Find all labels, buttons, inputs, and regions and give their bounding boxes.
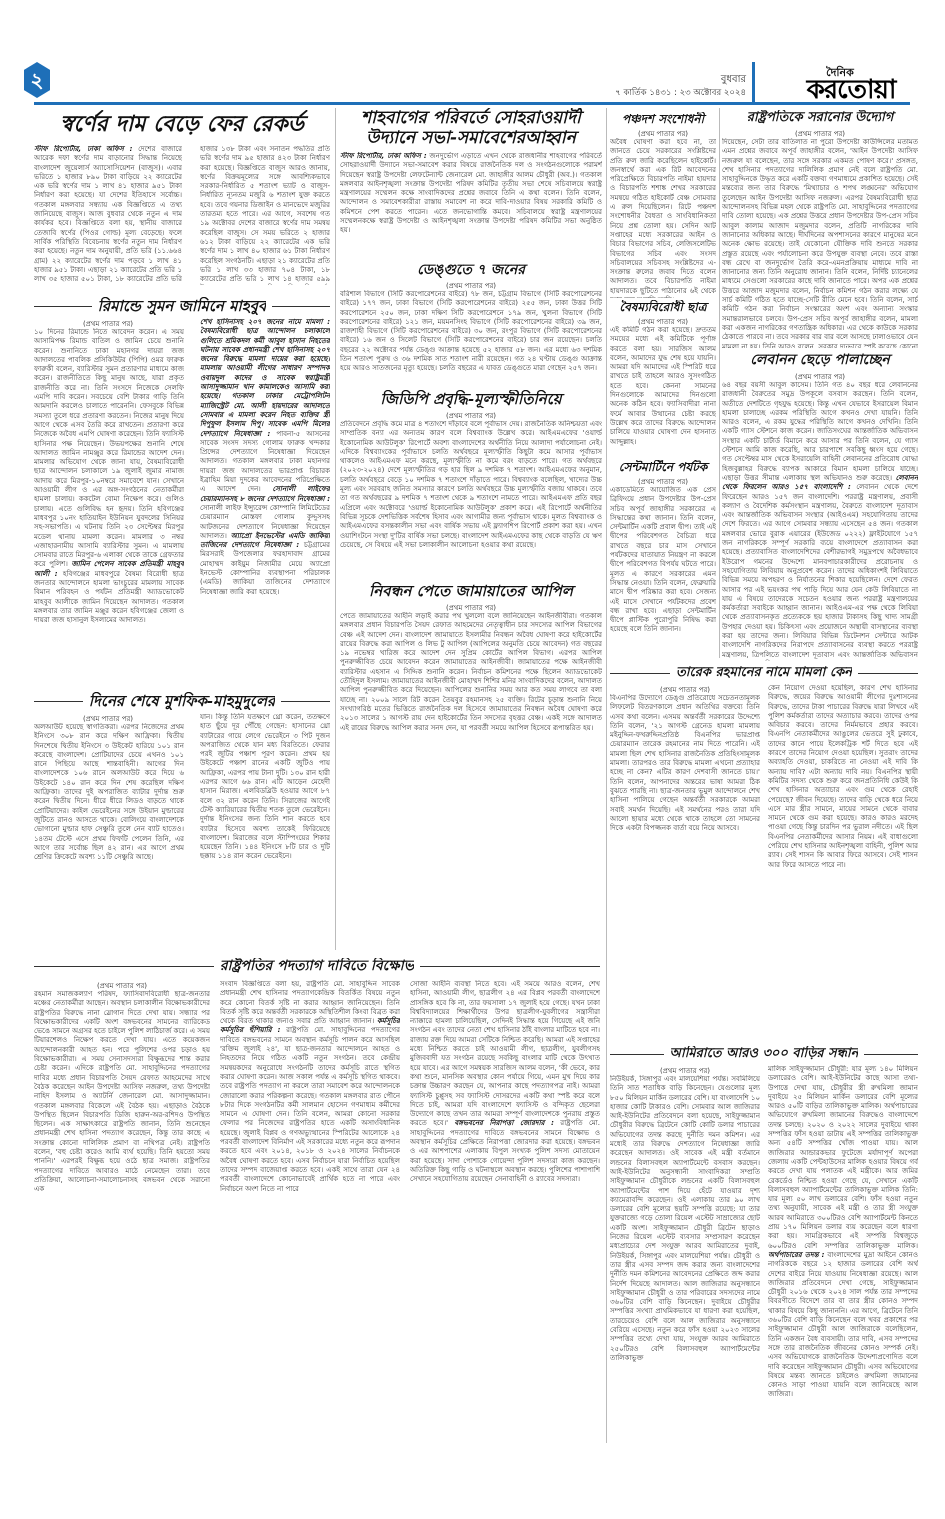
tarek-body-col1: বিএনপির উদ্যোগে ডেঙ্গু প্রতিরোধে সচেতনতা… bbox=[610, 694, 760, 1039]
gold-body-col2: হাজার ১৩৮ টাকা এবং সনাতন পদ্ধতির প্রতি ভ… bbox=[200, 145, 330, 285]
gdp-body: প্রতিবেদনে প্রবৃদ্ধি কমে মাত্র ৪ শতাংশে … bbox=[340, 420, 602, 578]
cricket-headline: দিনের শেষে মুশফিক-মাহমুদুলের bbox=[89, 692, 276, 710]
discrimination-headline: বৈষম্যবিরোধী ছাত্র bbox=[610, 300, 716, 315]
protest-text-3b: রাষ্ট্রপতি মো. সাহাবুদ্দিনের পদত্যাগের দ… bbox=[410, 1119, 600, 1183]
protest-header: রাষ্ট্রপতির পদত্যাগ দাবিতে বিক্ষোভ bbox=[34, 958, 600, 975]
lebanon-text-1: ৬৪ বছর বয়সী আবুল কাসেম। তিনি গত ৪০ বছর … bbox=[722, 381, 918, 482]
tarek-text-3: জীবন দিয়েছে। তাদের বাড়ি থেকে ধরে নিয়ে… bbox=[768, 796, 918, 869]
uae-body-col2: মালিক সাইফুজ্জামান চৌধুরী: যার মূল্য ১৪০… bbox=[768, 1065, 918, 1440]
tarek-header: তারেক রহমানের নামে মামলা কেন bbox=[610, 665, 918, 681]
remand-header: রিমান্ডে সুমন জামিনে মাহবুব bbox=[34, 297, 330, 315]
cricket-body-col2: যান। কিন্তু তিনি যতক্ষণে থ্রো করেন, ততক্… bbox=[200, 713, 330, 948]
uae-body-col1: নিউইয়র্ক, সিঙ্গাপুর এবং মালয়েশিয়া পর্… bbox=[610, 1075, 760, 1440]
president-body: দিয়েছেন, সেটা তার বাতিলাত না পুরো উপদেষ… bbox=[722, 138, 918, 348]
president-headline: রাষ্ট্রপতিকে সরানোর উদ্যোগ bbox=[722, 110, 918, 126]
lebanon-text-2: লেবানন থেকে দেশে ফিরেছেন আরও ১৫৭ জন বাংল… bbox=[722, 483, 918, 661]
discrimination-body: এই কমিটি গঠন করা হয়েছে। দ্রুততম সময়ের … bbox=[610, 326, 716, 456]
remand-text-2: শেখ হাসিনাসহ ২০৭ জনের নামে মামলা : বৈষম্… bbox=[200, 318, 330, 428]
gdp-headline: জিডিপি প্রবৃদ্ধি-মূল্যস্ফীতিনিয়ে bbox=[340, 390, 602, 408]
gold-headline: স্বর্ণের দাম বেড়ে ফের রেকর্ড bbox=[34, 110, 330, 138]
tarek-text-2: কেন নিয়োগ দেওয়া হয়েছিল, কারণ শেখ হাসি… bbox=[768, 684, 918, 804]
shahbag-headline-2: উদ্যানে সভা-সমাবেশেরআহ্বান bbox=[340, 128, 602, 148]
gold-body-col1: স্টাফ রিপোর্টার, ঢাকা অফিস : দেশের বাজার… bbox=[34, 145, 182, 285]
jamaat-headline: নিবন্ধন পেতে জামায়াতের আপিল bbox=[340, 582, 602, 600]
rule-right bbox=[858, 673, 918, 674]
top-rule bbox=[34, 102, 910, 105]
remand-body-col2: শেখ হাসিনাসহ ২০৭ জনের নামে মামলা : বৈষম্… bbox=[200, 318, 330, 683]
amendment-headline: পঞ্চদশ সংশোধনী bbox=[610, 112, 716, 127]
dengue-body: বরিশাল বিভাগে (সিটি করপোরেশনের বাইরে) ৭৮… bbox=[340, 290, 602, 386]
protest-text-2b: রাষ্ট্রপতি মো. সাহাবুদ্দিনের পদত্যাগের দ… bbox=[220, 1026, 400, 1192]
uae-subhead: অর্থপাচারের তদন্ত : bbox=[768, 1251, 824, 1259]
protest-body-col2: সংবাদ বিজ্ঞপ্তিতে বলা হয়, রাষ্ট্রপতি মো… bbox=[220, 980, 400, 1440]
protest-body-col3: সোজা আইনি ব্যবস্থা নিতে হবে। এই সময়ে আর… bbox=[410, 980, 600, 1440]
rule-right bbox=[864, 1054, 918, 1055]
paper-logo: করতোয়া bbox=[762, 76, 940, 104]
uae-text-2b: বাংলাদেশের মুদ্রা আইনে কোনও নাগরিককে বছর… bbox=[768, 1251, 918, 1398]
remand-text-2b: পাবনা-৫ আসনের সাবেক সংসদ সদস্য গোলাম ফার… bbox=[200, 430, 330, 494]
cricket-body-col1: অলআউট হয়েছে স্বাগতিকরা। এরপর নিজেদের প্… bbox=[34, 723, 184, 948]
remand-headline: রিমান্ডে সুমন জামিনে মাহবুব bbox=[98, 297, 267, 315]
column-divider bbox=[606, 108, 607, 1443]
shahbag-headline-1: শাহবাগের পরিবর্তে সোহরাওয়ার্দী bbox=[340, 108, 602, 128]
uae-text-2: মালিক সাইফুজ্জামান চৌধুরী: যার মূল্য ১৪০… bbox=[768, 1065, 918, 1250]
protest-subhead-2: বঙ্গভবনের নিরাপত্তা জোরদার : bbox=[454, 1119, 553, 1127]
cricket-header: দিনের শেষে মুশফিক-মাহমুদুলের bbox=[34, 692, 330, 710]
protest-text-2: সংবাদ বিজ্ঞপ্তিতে বলা হয়, রাষ্ট্রপতি মো… bbox=[220, 980, 400, 1025]
rule-left bbox=[34, 701, 83, 702]
shahbag-text: জনদুর্ভোগ এড়াতে এখন থেকে রাজধানীর শাহবা… bbox=[340, 152, 602, 234]
column-divider bbox=[719, 108, 720, 658]
protest-headline: রাষ্ট্রপতির পদত্যাগ দাবিতে বিক্ষোভ bbox=[220, 958, 414, 975]
gold-byline: স্টাফ রিপোর্টার, ঢাকা অফিস : bbox=[34, 145, 132, 153]
remand-body-col1: ১০ দিনের রিমান্ডে নিতে আবেদন করেন। এ সময… bbox=[34, 328, 184, 683]
rule-left bbox=[34, 966, 214, 967]
dengue-headline: ডেঙ্গুতে ৭ জনের bbox=[340, 262, 602, 278]
rule-left bbox=[610, 673, 670, 674]
rule-right bbox=[420, 966, 600, 967]
rule-right bbox=[272, 306, 330, 307]
remand-text-2d: চট্টগ্রামের মিরসরাই উপজেলার ফরহাদাবাদ গ্… bbox=[200, 541, 330, 595]
saintmartin-body: একাডেমিতে আয়োজিত এক প্রেস ব্রিফিংয়ে প্… bbox=[610, 486, 716, 654]
remand-text-1: ১০ দিনের রিমান্ডে নিতে আবেদন করেন। এ সময… bbox=[34, 328, 184, 568]
tarek-body-col2: কেন নিয়োগ দেওয়া হয়েছিল, কারণ শেখ হাসি… bbox=[768, 684, 918, 1039]
protest-body-col1: রহমান সমাজকল্যাণ পরিষদ, ফ্যাসিবাদবিরোধী … bbox=[34, 990, 210, 1440]
lebanon-body: ৬৪ বছর বয়সী আবুল কাসেম। তিনি গত ৪০ বছর … bbox=[722, 381, 918, 661]
jamaat-body: পেতে জামায়াতের আইনি লড়াই করার পথ খুললো… bbox=[340, 612, 602, 948]
shahbag-byline: স্টাফ রিপোর্টার, ঢাকা অফিস : bbox=[340, 152, 427, 160]
uae-header: আমিরাতে আরও ৩০০ বাড়ির সন্ধান bbox=[610, 1046, 918, 1062]
uae-headline: আমিরাতে আরও ৩০০ বাড়ির সন্ধান bbox=[670, 1046, 859, 1062]
gold-text-1: দেশের বাজারে আরেক দফা স্বর্ণের দাম বাড়া… bbox=[34, 145, 182, 285]
protest-text-3: সোজা আইনি ব্যবস্থা নিতে হবে। এই সময়ে আর… bbox=[410, 980, 600, 1127]
shahbag-body: স্টাফ রিপোর্টার, ঢাকা অফিস : জনদুর্ভোগ এ… bbox=[340, 152, 602, 257]
masthead-divider bbox=[752, 62, 755, 102]
rule-left bbox=[610, 1054, 664, 1055]
amendment-body: অবৈধ ঘোষণা করা হবে না, তা জানতে চেয়ে সর… bbox=[610, 138, 716, 298]
column-divider bbox=[335, 108, 336, 950]
rule-right bbox=[281, 701, 330, 702]
tarek-headline: তারেক রহমানের নামে মামলা কেন bbox=[676, 665, 852, 681]
saintmartin-headline: সেন্টমার্টিনে পর্যটক bbox=[610, 460, 716, 475]
rule-left bbox=[34, 306, 92, 307]
lebanon-headline: লেবানন ছেড়ে পালাচ্ছেন bbox=[722, 352, 918, 369]
date-line: ৭ কার্তিক ১৪৩১ : ২৩ অক্টোবর ২০২৪ bbox=[600, 86, 746, 100]
